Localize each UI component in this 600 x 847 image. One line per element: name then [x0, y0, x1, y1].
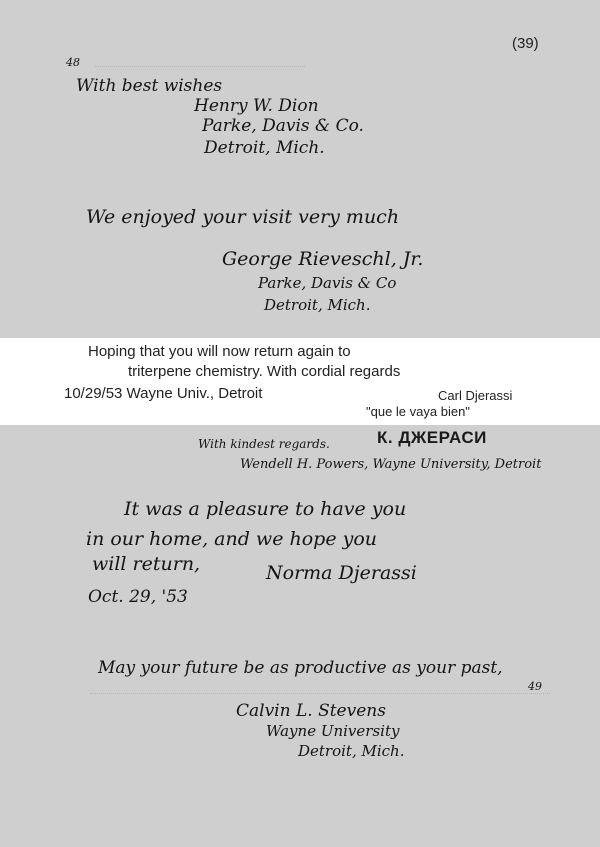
entry-location: Detroit, Mich. — [298, 744, 404, 759]
entry-message: With kindest regards. — [198, 438, 330, 450]
band-date-place: 10/29/53 Wayne Univ., Detroit — [64, 386, 262, 401]
entry-location: Detroit, Mich. — [264, 298, 370, 313]
band-signature: Carl Djerassi — [438, 389, 512, 402]
entry-date: Oct. 29, '53 — [88, 589, 188, 606]
entry-signature: Norma Djerassi — [266, 564, 417, 583]
carl-djerassi-band: Hoping that you will now return again to… — [0, 338, 600, 425]
entry-signature: Henry W. Dion — [194, 98, 319, 115]
fold-line-bottom — [90, 693, 550, 694]
band-quote: "que le vaya bien" — [366, 405, 470, 418]
band-line-2: triterpene chemistry. With cordial regar… — [128, 364, 400, 379]
cyrillic-name-stamp: К. ДЖЕРАСИ — [377, 428, 487, 448]
band-line-1: Hoping that you will now return again to — [88, 344, 351, 359]
entry-line-3: will return, — [92, 555, 200, 574]
entry-signature: George Rieveschl, Jr. — [222, 250, 423, 269]
guestbook-page: (39) 48 With best wishes Henry W. Dion P… — [0, 0, 600, 847]
entry-message: May your future be as productive as your… — [98, 660, 503, 677]
fold-line-top — [95, 66, 305, 67]
page-number-48: 48 — [66, 57, 80, 68]
entry-message: We enjoyed your visit very much — [86, 208, 399, 227]
entry-signature: Calvin L. Stevens — [236, 703, 386, 720]
entry-affiliation: Parke, Davis & Co. — [202, 118, 364, 135]
entry-signature: Wendell H. Powers, Wayne University, Det… — [240, 458, 541, 471]
entry-line-1: It was a pleasure to have you — [124, 500, 406, 519]
page-number-49: 49 — [528, 681, 542, 692]
entry-affiliation: Wayne University — [266, 724, 399, 739]
entry-affiliation: Parke, Davis & Co — [258, 276, 396, 291]
entry-location: Detroit, Mich. — [204, 140, 325, 157]
entry-message: With best wishes — [76, 78, 222, 95]
page-marker: (39) — [512, 36, 539, 51]
entry-line-2: in our home, and we hope you — [86, 530, 377, 549]
